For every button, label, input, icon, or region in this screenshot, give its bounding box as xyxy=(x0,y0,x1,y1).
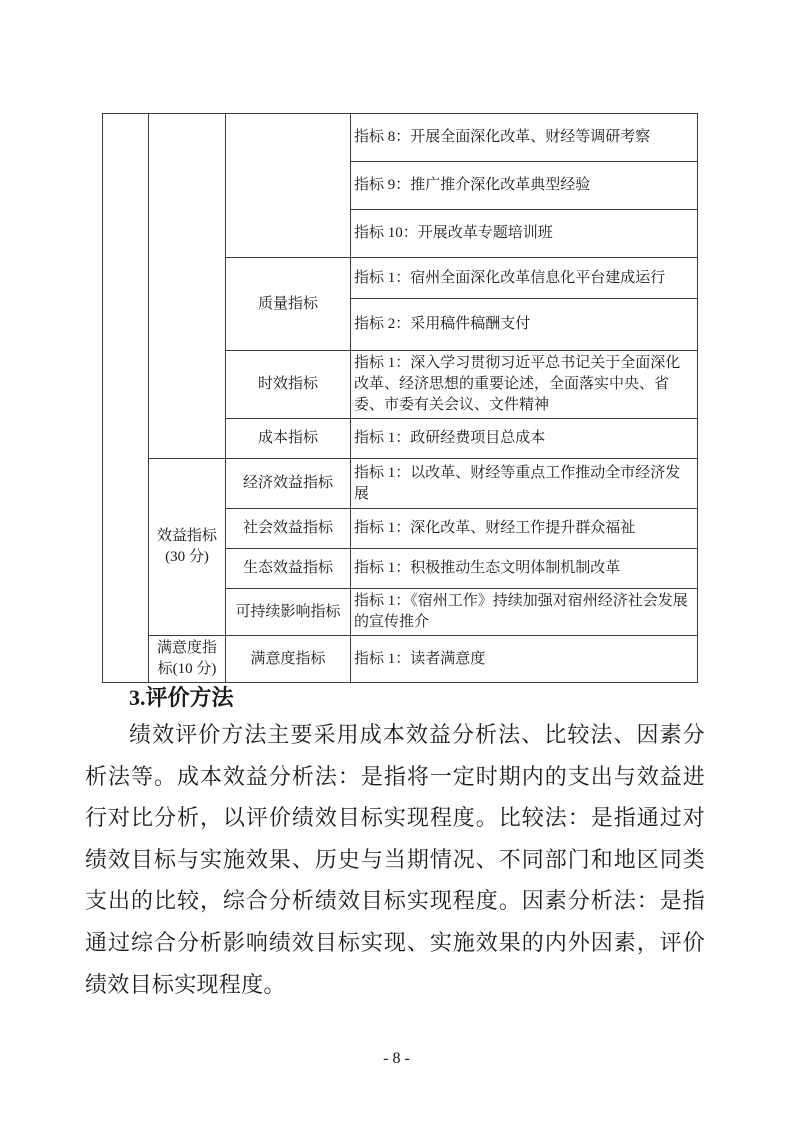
cell-quality-indicator-1: 指标 1：宿州全面深化改革信息化平台建成运行 xyxy=(351,258,698,299)
cell-timeliness-indicator-1: 指标 1：深入学习贯彻习近平总书记关于全面深化改革、经济思想的重要论述，全面落实… xyxy=(351,351,698,419)
page-number: - 8 - xyxy=(0,1048,793,1070)
cell-timeliness-label: 时效指标 xyxy=(226,351,351,419)
cell-left-spanner xyxy=(103,114,149,683)
cell-ecological-benefit-indicator-1: 指标 1：积极推动生态文明体制机制改革 xyxy=(351,549,698,589)
cell-cost-label: 成本指标 xyxy=(226,419,351,459)
cell-benefit-group-label: 效益指标 (30 分) xyxy=(149,459,226,636)
table-row: 效益指标 (30 分) 经济效益指标 指标 1：以改革、财经等重点工作推动全市经… xyxy=(103,459,698,509)
cell-economic-benefit-indicator-1: 指标 1：以改革、财经等重点工作推动全市经济发展 xyxy=(351,459,698,509)
performance-indicator-table: 指标 8：开展全面深化改革、财经等调研考察 指标 9：推广推介深化改革典型经验 … xyxy=(102,113,698,683)
cell-indicator-9: 指标 9：推广推介深化改革典型经验 xyxy=(351,162,698,210)
section-heading-evaluation-method: 3.评价方法 xyxy=(85,684,705,712)
cell-quality-indicator-2: 指标 2：采用稿件稿酬支付 xyxy=(351,299,698,351)
cell-output-group-empty xyxy=(149,114,226,459)
table-row: 指标 8：开展全面深化改革、财经等调研考察 xyxy=(103,114,698,162)
cell-indicator-8: 指标 8：开展全面深化改革、财经等调研考察 xyxy=(351,114,698,162)
document-page: 指标 8：开展全面深化改革、财经等调研考察 指标 9：推广推介深化改革典型经验 … xyxy=(0,0,793,1122)
cell-social-benefit-indicator-1: 指标 1：深化改革、财经工作提升群众福祉 xyxy=(351,509,698,549)
cell-ecological-benefit-label: 生态效益指标 xyxy=(226,549,351,589)
cell-cost-indicator-1: 指标 1：政研经费项目总成本 xyxy=(351,419,698,459)
cell-social-benefit-label: 社会效益指标 xyxy=(226,509,351,549)
evaluation-method-paragraph: 绩效评价方法主要采用成本效益分析法、比较法、因素分析法等。成本效益分析法：是指将… xyxy=(85,714,705,1005)
cell-economic-benefit-label: 经济效益指标 xyxy=(226,459,351,509)
cell-sustainable-impact-label: 可持续影响指标 xyxy=(226,589,351,636)
cell-indicator-10: 指标 10：开展改革专题培训班 xyxy=(351,210,698,258)
cell-quality-label: 质量指标 xyxy=(226,258,351,351)
evaluation-method-section: 3.评价方法 绩效评价方法主要采用成本效益分析法、比较法、因素分析法等。成本效益… xyxy=(85,670,705,1005)
cell-sustainable-impact-indicator-1: 指标 1：《宿州工作》持续加强对宿州经济社会发展的宣传推介 xyxy=(351,589,698,636)
cell-quantity-group-empty xyxy=(226,114,351,258)
